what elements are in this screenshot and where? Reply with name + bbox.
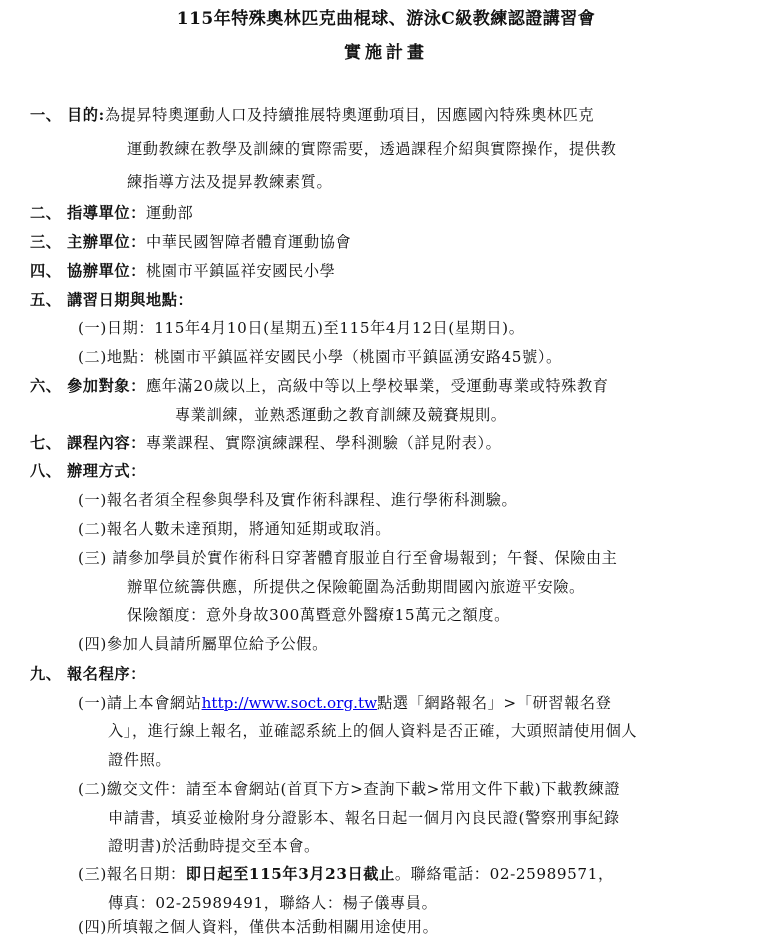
section-1-line-2: 運動教練在教學及訓練的實際需要，透過課程介紹與實際操作，提供教: [127, 139, 616, 159]
section-9-item-4: (四)所填報之個人資料，僅供本活動相關用途使用。: [78, 917, 438, 937]
section-4: 四、 協辦單位：桃園市平鎮區祥安國民小學: [30, 261, 335, 281]
section-label: 辦理方式：: [67, 462, 146, 480]
section-number: 一、: [30, 106, 62, 124]
section-8-item-2: (二)報名人數未達預期，將通知延期或取消。: [78, 519, 391, 539]
section-9-item-2-line-3: 證明書)於活動時提交至本會。: [108, 836, 320, 856]
section-label: 協辦單位：: [67, 262, 146, 280]
section-2: 二、 指導單位：運動部: [30, 203, 193, 223]
section-8-item-3: (三) 請參加學員於實作術科日穿著體育服並自行至會場報到；午餐、保險由主: [78, 548, 617, 568]
section-number: 三、: [30, 233, 62, 251]
section-8-item-1: (一)報名者須全程參與學科及實作術科課程、進行學術科測驗。: [78, 490, 517, 510]
section-number: 九、: [30, 665, 62, 683]
section-8-item-3-line-3: 保險額度：意外身故300萬暨意外醫療15萬元之額度。: [127, 605, 510, 625]
section-label: 講習日期與地點：: [67, 291, 193, 309]
section-text: 為提昇特奧運動人口及持續推展特奧運動項目，因應國內特殊奧林匹克: [105, 106, 594, 124]
document-subtitle: 實施計畫: [0, 38, 772, 63]
section-number: 二、: [30, 204, 62, 222]
section-1-heading: 一、 目的:為提昇特奧運動人口及持續推展特奧運動項目，因應國內特殊奧林匹克: [30, 105, 594, 125]
section-9-item-2: (二)繳交文件：請至本會網站(首頁下方>查詢下載>常用文件下載)下載教練證: [78, 779, 620, 799]
section-8-item-3-line-2: 辦單位統籌供應，所提供之保險範圍為活動期間國內旅遊平安險。: [127, 577, 585, 597]
section-label: 目的:: [67, 106, 105, 124]
section-9: 九、 報名程序：: [30, 664, 146, 684]
website-link[interactable]: http://www.soct.org.tw: [202, 694, 378, 712]
section-9-item-1-line-3: 證件照。: [108, 750, 171, 770]
section-text: 中華民國智障者體育運動協會: [146, 233, 351, 251]
section-3: 三、 主辦單位：中華民國智障者體育運動協會: [30, 232, 351, 252]
section-text: 桃園市平鎮區祥安國民小學: [146, 262, 335, 280]
section-label: 主辦單位：: [67, 233, 146, 251]
section-9-item-3: (三)報名日期：即日起至115年3月23日截止。聯絡電話：02-25989571…: [78, 864, 614, 884]
section-7: 七、 課程內容：專業課程、實際演練課程、學科測驗（詳見附表）。: [30, 433, 501, 453]
section-9-item-2-line-2: 申請書，填妥並檢附身分證影本、報名日起一個月內良民證(警察刑事紀錄: [108, 808, 620, 828]
section-label: 參加對象：: [67, 377, 146, 395]
section-number: 六、: [30, 377, 62, 395]
section-1-line-3: 練指導方法及提昇教練素質。: [127, 172, 332, 192]
item-suffix: 。聯絡電話：02-25989571，: [395, 865, 614, 883]
section-5: 五、 講習日期與地點：: [30, 290, 193, 310]
section-text: 專業課程、實際演練課程、學科測驗（詳見附表）。: [146, 434, 502, 452]
section-8-item-4: (四)參加人員請所屬單位給予公假。: [78, 634, 328, 654]
section-text: 運動部: [146, 204, 193, 222]
section-number: 八、: [30, 462, 62, 480]
item-prefix: (一)請上本會網站: [78, 694, 202, 712]
section-6-line-2: 專業訓練，並熟悉運動之教育訓練及競賽規則。: [175, 405, 507, 425]
section-label: 課程內容：: [67, 434, 146, 452]
section-label: 報名程序：: [67, 665, 146, 683]
section-9-item-1: (一)請上本會網站http://www.soct.org.tw點選「網路報名」>…: [78, 693, 611, 713]
section-8: 八、 辦理方式：: [30, 461, 146, 481]
section-label: 指導單位：: [67, 204, 146, 222]
item-prefix: (三)報名日期：: [78, 865, 186, 883]
section-5-item-1: (一)日期：115年4月10日(星期五)至115年4月12日(星期日)。: [78, 318, 524, 338]
section-number: 七、: [30, 434, 62, 452]
section-5-item-2: (二)地點：桃園市平鎮區祥安國民小學（桃園市平鎮區湧安路45號）。: [78, 347, 562, 367]
document-title: 115年特殊奧林匹克曲棍球、游泳C級教練認證講習會: [0, 4, 772, 29]
section-number: 四、: [30, 262, 62, 280]
section-text: 應年滿20歲以上，高級中等以上學校畢業，受運動專業或特殊教育: [146, 377, 609, 395]
registration-deadline: 即日起至115年3月23日截止: [186, 865, 395, 883]
section-6: 六、 參加對象：應年滿20歲以上，高級中等以上學校畢業，受運動專業或特殊教育: [30, 376, 609, 396]
item-suffix: 點選「網路報名」>「研習報名登: [377, 694, 611, 712]
section-9-item-1-line-2: 入」，進行線上報名，並確認系統上的個人資料是否正確，大頭照請使用個人: [108, 721, 637, 741]
section-9-item-3-line-2: 傳真：02-25989491，聯絡人：楊子儀專員。: [108, 893, 437, 913]
section-number: 五、: [30, 291, 62, 309]
